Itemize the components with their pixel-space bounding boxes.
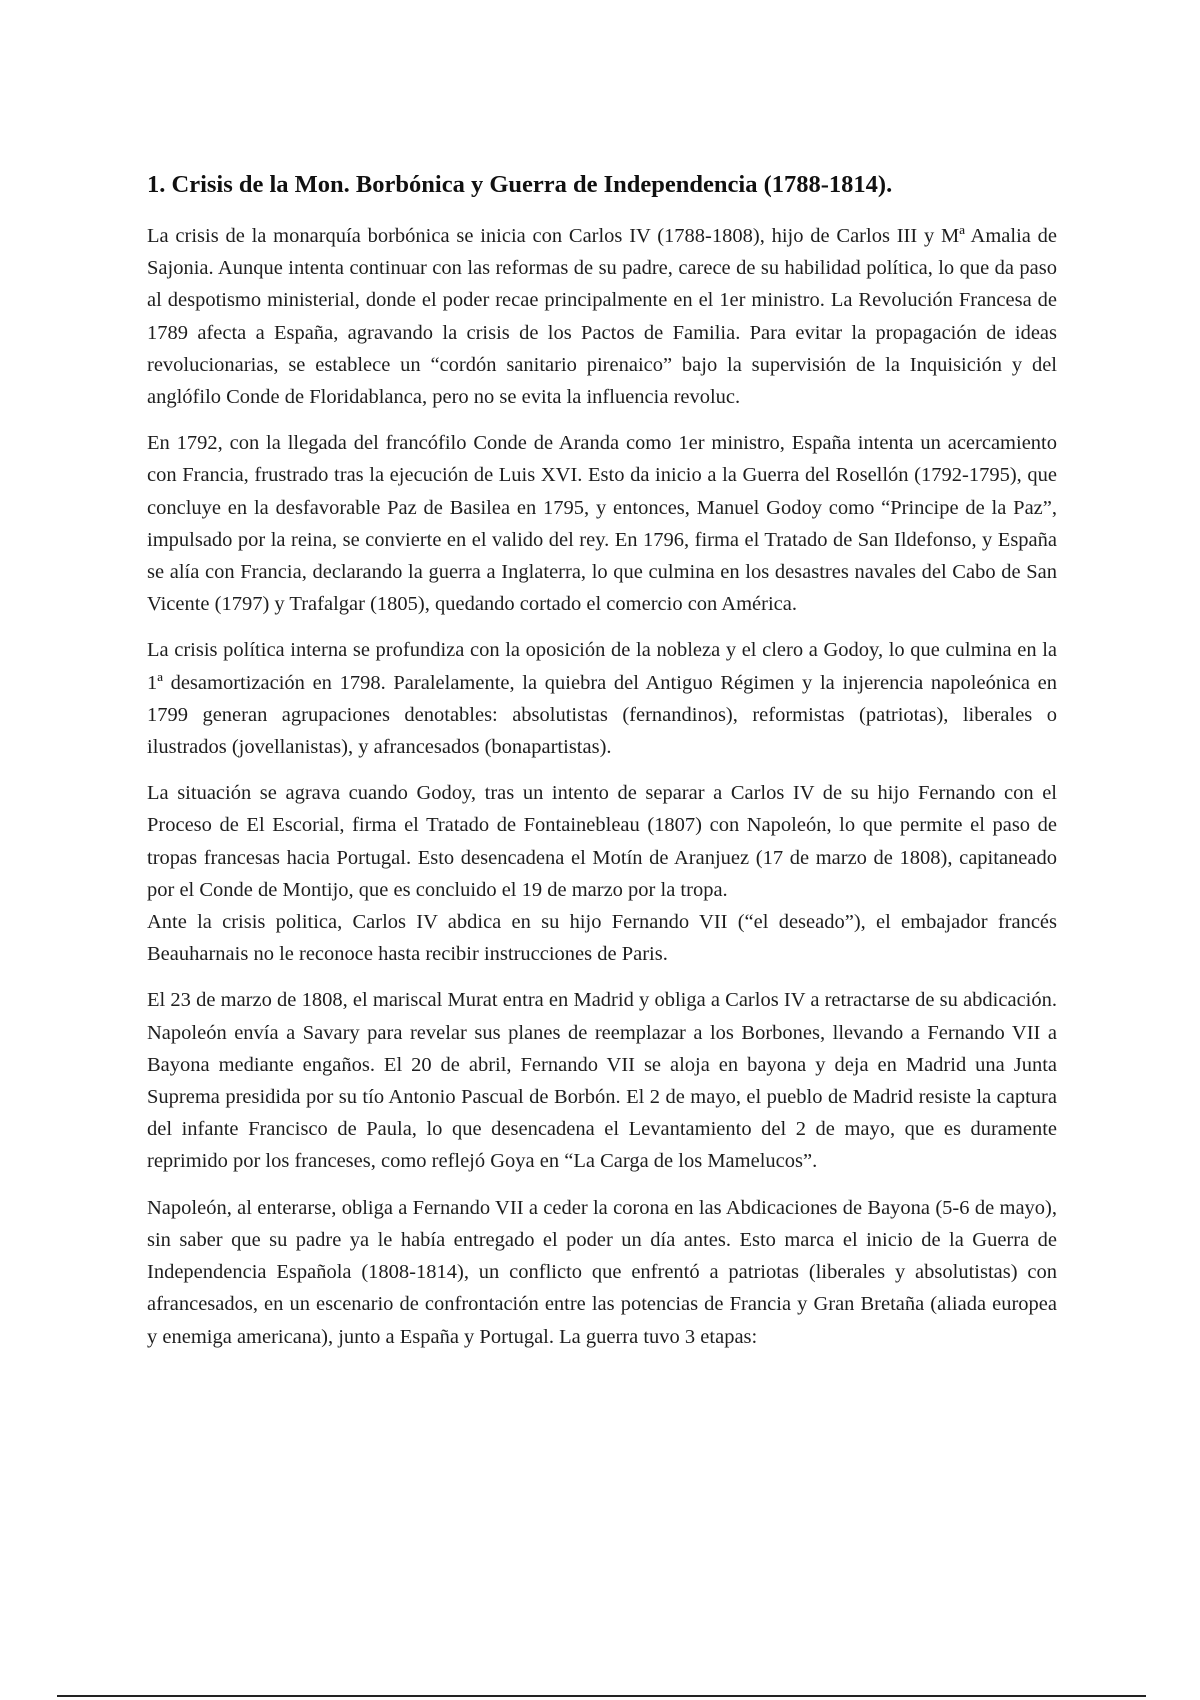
section-heading: 1. Crisis de la Mon. Borbónica y Guerra … [147,170,1057,200]
paragraph-bayona-war-start: Napoleón, al enterarse, obliga a Fernand… [147,1192,1057,1353]
paragraph-internal-crisis: La crisis política interna se profundiza… [147,634,1057,763]
paragraph-carlos-iv: La crisis de la monarquía borbónica se i… [147,220,1057,413]
paragraph-aranda-godoy: En 1792, con la llegada del francófilo C… [147,427,1057,620]
paragraph-fontainebleau-aranjuez: La situación se agrava cuando Godoy, tra… [147,777,1057,906]
page-bottom-divider [57,1695,1146,1697]
paragraph-abdication: Ante la crisis politica, Carlos IV abdic… [147,906,1057,970]
document-page: 1. Crisis de la Mon. Borbónica y Guerra … [147,170,1057,1367]
paragraph-murat-dos-de-mayo: El 23 de marzo de 1808, el mariscal Mura… [147,984,1057,1177]
